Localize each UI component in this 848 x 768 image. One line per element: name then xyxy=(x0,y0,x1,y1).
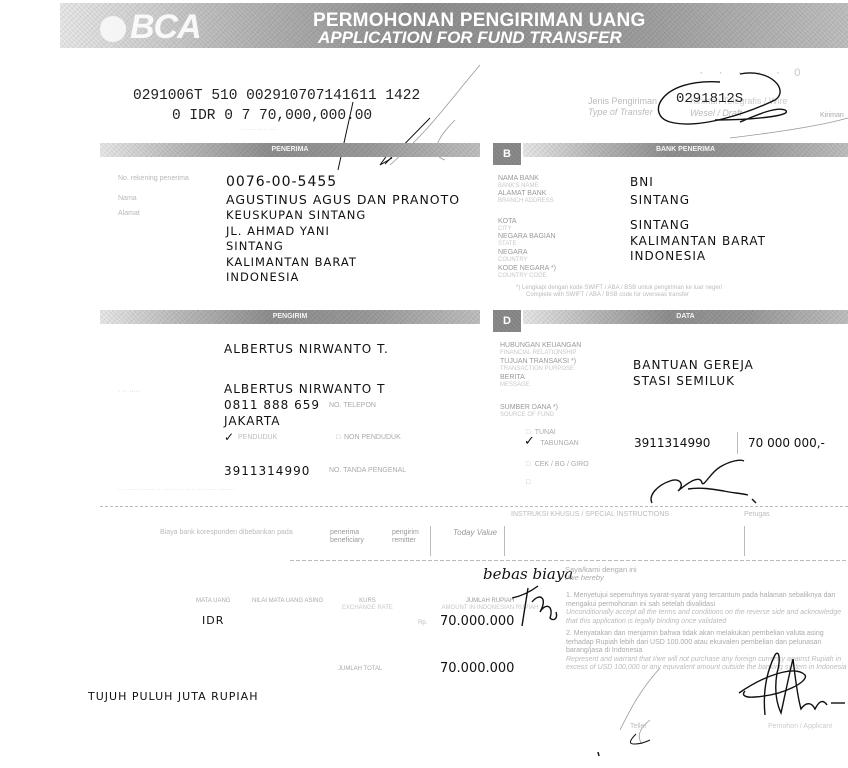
charges-option-remitter[interactable]: pengirim remitter xyxy=(392,529,419,545)
transaction-purpose-label: TUJUAN TRANSAKSI *)TRANSACTION PURPOSE xyxy=(500,358,576,373)
bank-city-label-en: CITY xyxy=(498,226,517,233)
bank-country-label-en: COUNTRY xyxy=(498,257,528,264)
form-subtitle: APPLICATION FOR FUND TRANSFER xyxy=(318,28,622,48)
bank-name-label-id: NAMA BANK xyxy=(498,175,539,183)
transaction-purpose-value[interactable]: BANTUAN GEREJA xyxy=(633,358,754,372)
source-savings-checkbox[interactable]: ✓ xyxy=(524,434,536,449)
bank-country-code-label-id: KODE NEGARA *) xyxy=(498,265,556,273)
sender-name[interactable]: ALBERTUS NIRWANTO T. xyxy=(224,342,389,356)
statement-intro-en: I/we hereby xyxy=(565,574,637,582)
teller-initials xyxy=(590,660,740,760)
recipient-address-line: KALIMANTAN BARAT xyxy=(226,255,366,271)
recipient-name[interactable]: AGUSTINUS AGUS DAN PRANOTO xyxy=(226,192,460,207)
amount-in-words[interactable]: TUJUH PULUH JUTA RUPIAH xyxy=(88,690,258,703)
currency-value[interactable]: IDR xyxy=(202,614,224,627)
special-instructions-label: INSTRUKSI KHUSUS / SPECIAL INSTRUCTIONS xyxy=(511,511,669,519)
bank-footnote-en: Complete with SWIFT / ABA / BSB code for… xyxy=(516,292,846,299)
financial-relationship-label-id: HUBUNGAN KEUANGAN xyxy=(500,342,581,350)
charges-remitter-label-en: remitter xyxy=(392,537,419,545)
resident-checkbox[interactable]: ✓ xyxy=(224,430,235,444)
validation-caption: ·· ····· ····· ···· xyxy=(240,127,277,134)
bank-country-label-id: NEGARA xyxy=(498,249,528,257)
bca-logo-mark-icon xyxy=(100,16,126,42)
recipient-address-line: KEUSKUPAN SINTANG xyxy=(226,208,366,224)
sender-phone-label-id: NO. TELEPON xyxy=(329,402,376,410)
section-bank-header: BANK PENERIMA xyxy=(523,143,848,157)
today-value-option[interactable]: Today Value xyxy=(453,529,497,537)
recipient-address[interactable]: KEUSKUPAN SINTANG JL. AHMAD YANI SINTANG… xyxy=(226,208,366,286)
recipient-address-label: Alamat xyxy=(118,210,140,218)
recipient-address-line: INDONESIA xyxy=(226,270,366,286)
source-cheque-label: CEK / BG / GIRO xyxy=(535,461,589,468)
sender-footnote: · · ····· ········· ·· ········ ·· ·····… xyxy=(118,487,478,494)
bank-name-value[interactable]: BNI xyxy=(630,175,654,189)
sender-phone-label: NO. TELEPON xyxy=(329,402,376,410)
source-account-number[interactable]: 3911314990 xyxy=(634,436,710,450)
bank-state-label: NEGARA BAGIANSTATE xyxy=(498,233,556,248)
exchange-rate-header-id: KURS xyxy=(342,598,393,605)
source-other-checkbox[interactable]: □ xyxy=(526,479,530,486)
sender-phone[interactable]: 0811 888 659 xyxy=(224,398,320,412)
exchange-rate-header-en: EXCHANGE RATE xyxy=(342,605,393,612)
bank-country-label: NEGARACOUNTRY xyxy=(498,249,528,264)
bank-state-label-en: STATE xyxy=(498,241,556,248)
financial-relationship-label: HUBUNGAN KEUANGANFINANCIAL RELATIONSHIP xyxy=(500,342,581,357)
bank-state-value[interactable]: KALIMANTAN BARAT xyxy=(630,234,766,248)
sender-id-label: NO. TANDA PENGENAL xyxy=(329,467,406,475)
charges-remitter-label-id: pengirim xyxy=(392,529,419,537)
source-amount[interactable]: 70 000 000,- xyxy=(748,436,825,450)
bank-footnote: *) Lengkapi dengan kode SWIFT / ABA / BS… xyxy=(516,285,846,299)
resident-label: PENDUDUK xyxy=(238,434,277,442)
message-label: BERITAMESSAGE xyxy=(500,374,530,389)
bank-address-value[interactable]: SINTANG xyxy=(630,193,690,207)
handwritten-note-free-charge: bebas biaya xyxy=(483,565,573,583)
bank-name-label: NAMA BANKBANK'S NAME xyxy=(498,175,539,190)
charges-divider xyxy=(430,526,431,556)
message-label-en: MESSAGE xyxy=(500,382,530,389)
non-resident-label: NON PENDUDUK xyxy=(344,434,401,442)
bank-address-label-id: ALAMAT BANK xyxy=(498,190,554,198)
applicant-label: Pemohon / Applicant xyxy=(768,723,832,731)
recipient-account-number[interactable]: 0076-00-5455 xyxy=(226,174,337,190)
bca-logo: BCA xyxy=(100,8,210,44)
bank-country-code-label-en: COUNTRY CODE xyxy=(498,273,556,280)
section-data-header: DATA xyxy=(523,310,848,324)
currency-header: MATA UANG xyxy=(196,598,230,605)
charges-beneficiary-label-en: beneficiary xyxy=(330,537,364,545)
recipient-name-label: Nama xyxy=(118,195,137,203)
bank-city-label-id: KOTA xyxy=(498,218,517,226)
officer-label: Petugas xyxy=(744,511,770,519)
rupiah-amount-value[interactable]: 70.000.000 xyxy=(440,614,514,629)
rp-prefix: Rp. xyxy=(418,620,427,627)
foreign-amount-header: NILAI MATA UANG ASING xyxy=(252,598,323,605)
term-1-en: Unconditionally accept all the terms and… xyxy=(566,609,848,626)
source-savings-option[interactable]: ✓ TABUNGAN xyxy=(524,432,579,450)
total-amount-value[interactable]: 70.000.000 xyxy=(440,661,514,676)
source-other-option[interactable]: □ xyxy=(526,471,530,489)
officer-signature xyxy=(640,455,770,505)
charges-text: Biaya bank koresponden dibebankan pada xyxy=(160,529,310,537)
foreign-amount-header-id: NILAI MATA UANG ASING xyxy=(252,598,323,605)
sender-address-label: · ·· ····· xyxy=(118,388,141,396)
non-resident-checkbox[interactable]: □ xyxy=(336,434,340,442)
source-savings-label: TABUNGAN xyxy=(540,440,578,447)
source-cheque-checkbox[interactable]: □ xyxy=(526,461,530,468)
currency-header-id: MATA UANG xyxy=(196,598,230,605)
bank-city-label: KOTACITY xyxy=(498,218,517,233)
instructions-top-rule xyxy=(100,506,848,507)
section-b-letter: B xyxy=(493,143,521,165)
instructions-bottom-rule xyxy=(290,560,848,561)
source-cheque-option[interactable]: □ CEK / BG / GIRO xyxy=(526,453,589,471)
charges-beneficiary-label-id: penerima xyxy=(330,529,364,537)
today-value-divider xyxy=(504,526,505,556)
amount-divider xyxy=(737,432,738,454)
exchange-rate-header: KURSEXCHANGE RATE xyxy=(342,598,393,612)
bank-country-code-label: KODE NEGARA *)COUNTRY CODE xyxy=(498,265,556,280)
recipient-account-label: No. rekening penerima xyxy=(118,175,189,183)
officer-divider xyxy=(744,526,745,556)
teller-label: Teller xyxy=(630,723,647,731)
financial-relationship-label-en: FINANCIAL RELATIONSHIP xyxy=(500,350,581,357)
source-of-fund-label: SUMBER DANA *)SOURCE OF FUND xyxy=(500,404,558,419)
bank-footnote-id: *) Lengkapi dengan kode SWIFT / ABA / BS… xyxy=(516,285,846,292)
bca-logo-text: BCA xyxy=(130,8,201,46)
bank-address-label-en: BRANCH ADDRESS xyxy=(498,198,554,205)
bank-state-label-id: NEGARA BAGIAN xyxy=(498,233,556,241)
transaction-purpose-label-id: TUJUAN TRANSAKSI *) xyxy=(500,358,576,366)
sender-name-2[interactable]: ALBERTUS NIRWANTO T xyxy=(224,382,385,396)
charges-option-beneficiary[interactable]: penerima beneficiary xyxy=(330,529,364,545)
recipient-address-line: JL. AHMAD YANI xyxy=(226,224,366,240)
sender-city[interactable]: JAKARTA xyxy=(224,414,280,428)
bank-address-label: ALAMAT BANKBRANCH ADDRESS xyxy=(498,190,554,205)
message-label-id: BERITA xyxy=(500,374,530,382)
bank-name-label-en: BANK'S NAME xyxy=(498,183,539,190)
sender-id-number[interactable]: 3911314990 xyxy=(224,464,310,478)
initial-mark xyxy=(510,582,560,632)
recipient-address-line: SINTANG xyxy=(226,239,366,255)
statement-intro: Saya/kami dengan ini I/we hereby xyxy=(565,566,637,582)
section-sender-header: PENGIRIM xyxy=(100,310,480,324)
bank-country-value[interactable]: INDONESIA xyxy=(630,249,706,263)
source-of-fund-label-en: SOURCE OF FUND xyxy=(500,412,558,419)
message-value[interactable]: STASI SEMILUK xyxy=(633,374,735,388)
bank-city-value[interactable]: SINTANG xyxy=(630,218,690,232)
total-label: JUMLAH TOTAL xyxy=(338,666,382,673)
section-d-letter: D xyxy=(493,310,521,332)
reference-circle-annotation xyxy=(600,60,848,140)
term-1-id: 1. Menyetujui sepenuhnya syarat-syarat y… xyxy=(566,592,848,609)
source-of-fund-label-id: SUMBER DANA *) xyxy=(500,404,558,412)
transaction-purpose-label-en: TRANSACTION PURPOSE xyxy=(500,366,576,373)
section-recipient-header: PENERIMA xyxy=(100,143,480,157)
applicant-signature xyxy=(735,645,848,725)
